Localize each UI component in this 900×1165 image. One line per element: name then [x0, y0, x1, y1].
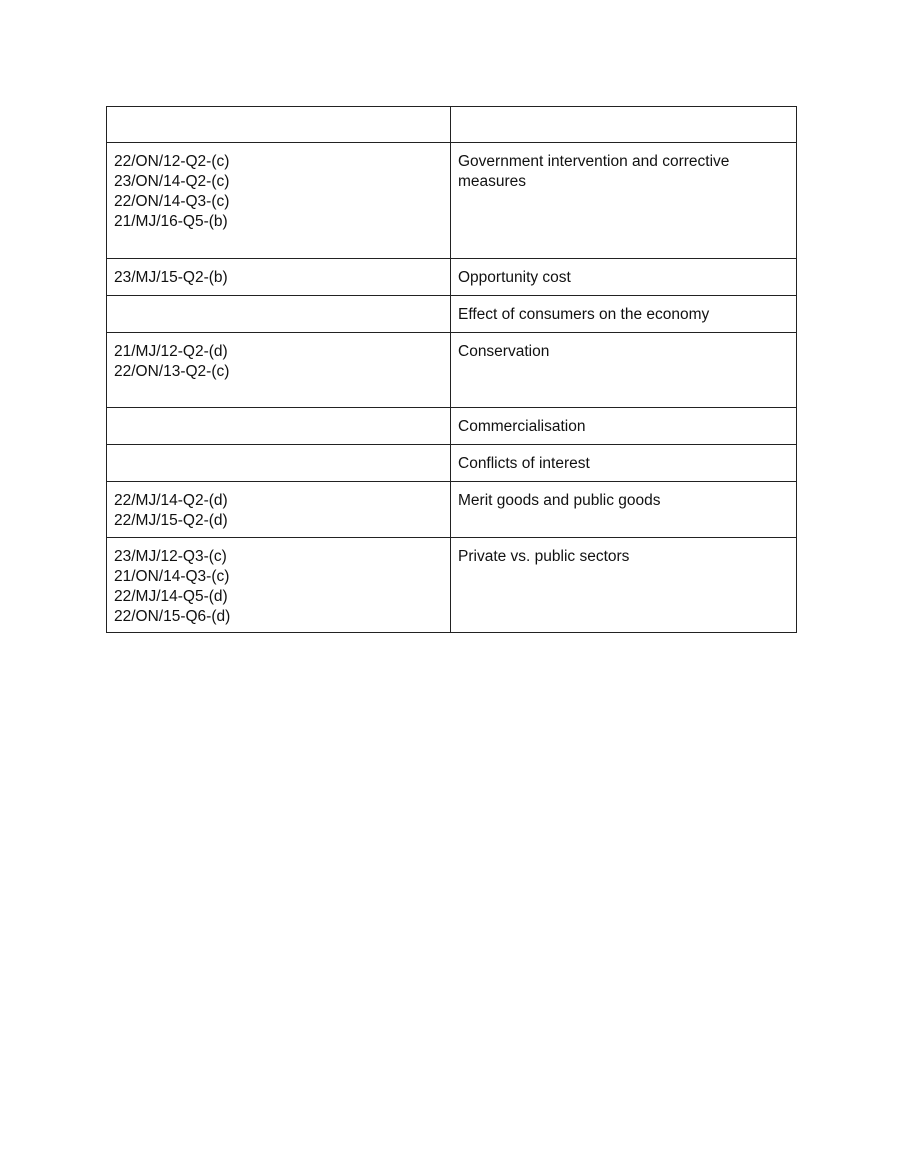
- question-refs-cell: [107, 107, 451, 143]
- question-refs-cell: 23/MJ/15-Q2-(b): [107, 259, 451, 296]
- topic-text: Effect of consumers on the economy: [458, 306, 709, 323]
- topic-text: Merit goods and public goods: [458, 492, 661, 509]
- question-ref: 22/MJ/15-Q2-(d): [114, 511, 443, 531]
- question-ref: 23/ON/14-Q2-(c): [114, 172, 443, 192]
- topic-cell: Effect of consumers on the economy: [451, 296, 797, 333]
- question-refs-cell: [107, 445, 451, 482]
- question-ref: 23/MJ/12-Q3-(c): [114, 547, 443, 567]
- question-ref: 22/ON/14-Q3-(c): [114, 192, 443, 212]
- table-row: [107, 107, 797, 143]
- topic-cell: Commercialisation: [451, 408, 797, 445]
- question-refs-cell: 21/MJ/12-Q2-(d)22/ON/13-Q2-(c): [107, 333, 451, 408]
- topic-cell: Conservation: [451, 333, 797, 408]
- topic-text: Private vs. public sectors: [458, 548, 629, 565]
- topic-text: Government intervention and corrective m…: [458, 153, 729, 190]
- table-row: 21/MJ/12-Q2-(d)22/ON/13-Q2-(c)Conservati…: [107, 333, 797, 408]
- question-ref: 22/MJ/14-Q2-(d): [114, 491, 443, 511]
- topic-text: Commercialisation: [458, 418, 585, 435]
- topic-cell: Opportunity cost: [451, 259, 797, 296]
- question-refs-cell: 22/MJ/14-Q2-(d)22/MJ/15-Q2-(d): [107, 482, 451, 538]
- question-ref: 21/MJ/16-Q5-(b): [114, 212, 443, 232]
- topic-cell: Government intervention and corrective m…: [451, 143, 797, 259]
- question-ref: 22/ON/12-Q2-(c): [114, 152, 443, 172]
- topic-text: Conflicts of interest: [458, 455, 590, 472]
- topic-cell: Conflicts of interest: [451, 445, 797, 482]
- table-row: Commercialisation: [107, 408, 797, 445]
- topic-cell: [451, 107, 797, 143]
- topic-cell: Private vs. public sectors: [451, 538, 797, 633]
- topic-text: Opportunity cost: [458, 269, 571, 286]
- question-refs-cell: [107, 296, 451, 333]
- question-ref: 21/ON/14-Q3-(c): [114, 567, 443, 587]
- topics-table: 22/ON/12-Q2-(c)23/ON/14-Q2-(c)22/ON/14-Q…: [106, 106, 797, 633]
- table-row: 23/MJ/15-Q2-(b)Opportunity cost: [107, 259, 797, 296]
- table-row: 22/ON/12-Q2-(c)23/ON/14-Q2-(c)22/ON/14-Q…: [107, 143, 797, 259]
- table-row: 23/MJ/12-Q3-(c)21/ON/14-Q3-(c)22/MJ/14-Q…: [107, 538, 797, 633]
- question-ref: 22/MJ/14-Q5-(d): [114, 587, 443, 607]
- document-page: 22/ON/12-Q2-(c)23/ON/14-Q2-(c)22/ON/14-Q…: [0, 0, 900, 1165]
- question-ref: 22/ON/15-Q6-(d): [114, 607, 443, 627]
- question-ref: 21/MJ/12-Q2-(d): [114, 342, 443, 362]
- table-row: Conflicts of interest: [107, 445, 797, 482]
- question-refs-cell: [107, 408, 451, 445]
- question-ref: 23/MJ/15-Q2-(b): [114, 268, 443, 288]
- question-refs-cell: 22/ON/12-Q2-(c)23/ON/14-Q2-(c)22/ON/14-Q…: [107, 143, 451, 259]
- question-refs-cell: 23/MJ/12-Q3-(c)21/ON/14-Q3-(c)22/MJ/14-Q…: [107, 538, 451, 633]
- topic-text: Conservation: [458, 343, 549, 360]
- table-row: 22/MJ/14-Q2-(d)22/MJ/15-Q2-(d)Merit good…: [107, 482, 797, 538]
- question-ref: 22/ON/13-Q2-(c): [114, 362, 443, 382]
- topic-cell: Merit goods and public goods: [451, 482, 797, 538]
- table-row: Effect of consumers on the economy: [107, 296, 797, 333]
